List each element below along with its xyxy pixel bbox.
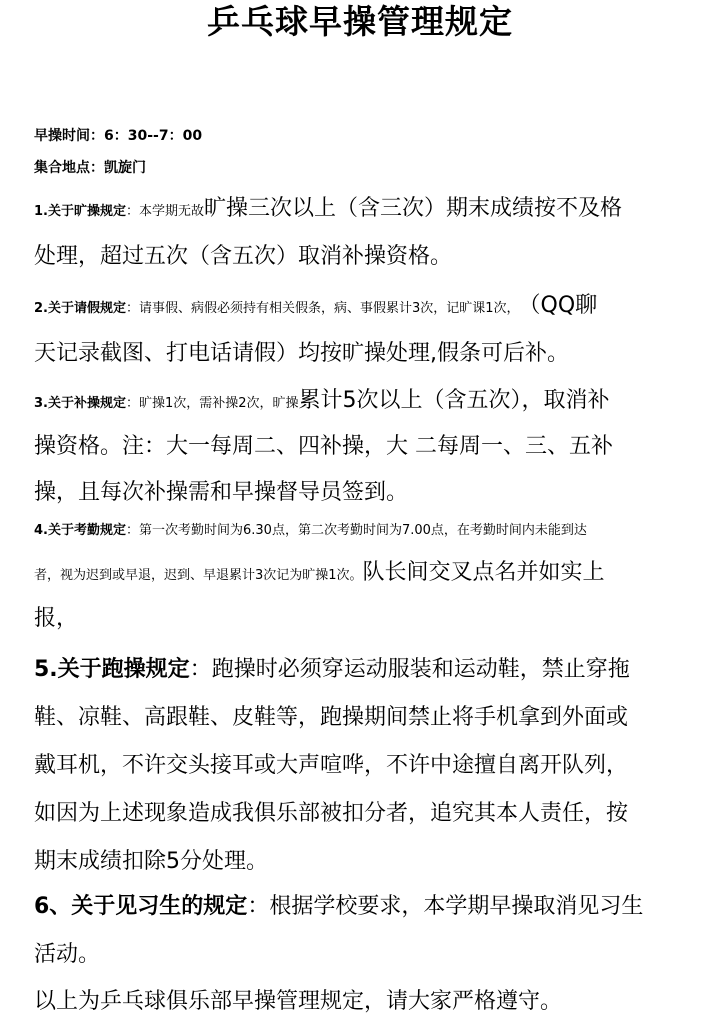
rule-4: 4.关于考勤规定：第一次考勤时间为6.30点，第二次考勤时间为7.00点，在考勤… (34, 518, 694, 634)
place-label: 集合地点： (34, 160, 104, 176)
rule-3: 3.关于补操规定：旷操1次，需补操2次，旷操累计5次以上（含五次），取消补 操资… (34, 386, 694, 508)
rule-6-text: 根据学校要求，本学期早操取消见习生 (269, 894, 643, 919)
rule-4-text: 第一次考勤时间为6.30点，第二次考勤时间为7.00点，在考勤时间内未能到达 (139, 523, 587, 538)
rule-5: 5.关于跑操规定：跑操时必须穿运动服装和运动鞋，禁止穿拖 鞋、凉鞋、高跟鞋、皮鞋… (34, 654, 694, 878)
place-info: 集合地点：凯旋门 (34, 158, 146, 178)
rule-2-text: 天记录截图、打电话请假）均按旷操处理,假条可后补。 (34, 339, 694, 369)
rule-6-heading: 6、关于见习生的规定 (34, 894, 247, 919)
place-value: 凯旋门 (104, 160, 146, 176)
rule-4-text: 报， (34, 604, 694, 634)
rule-5-text: 期末成绩扣除5分处理。 (34, 846, 694, 878)
rule-6-text: 活动。 (34, 939, 694, 971)
document-title: 乒乓球早操管理规定 (0, 2, 720, 42)
rule-3-text: 操资格。注：大一每周二、四补操，大 二每周一、三、五补 (34, 432, 694, 462)
rule-5-text: 戴耳机，不许交头接耳或大声喧哗，不许中途擅自离开队列， (34, 750, 694, 782)
rule-2-text: （QQ聊 (530, 293, 598, 318)
rule-3-heading: 3.关于补操规定 (34, 396, 126, 411)
rule-5-text: 跑操时必须穿运动服装和运动鞋，禁止穿拖 (212, 657, 630, 682)
rule-5-text: 如因为上述现象造成我俱乐部被扣分者，追究其本人责任，按 (34, 798, 694, 830)
rule-5-text: 鞋、凉鞋、高跟鞋、皮鞋等，跑操期间禁止将手机拿到外面或 (34, 702, 694, 734)
rule-2-text: 请事假、病假必须持有相关假条，病、事假累计3次，记旷课1次， (139, 301, 520, 316)
rule-1-heading: 1.关于旷操规定 (34, 204, 126, 219)
rule-3-text: 累计5次以上（含五次），取消补 (299, 388, 610, 413)
rule-2-heading: 2.关于请假规定 (34, 301, 126, 316)
rule-1-text: 旷操三次以上（含三次）期末成绩按不及格 (204, 196, 622, 221)
rule-6: 6、关于见习生的规定：根据学校要求，本学期早操取消见习生 活动。 (34, 891, 694, 971)
rule-3-text: 操，且每次补操需和早操督导员签到。 (34, 478, 694, 508)
rule-5-heading: 5.关于跑操规定 (34, 657, 190, 682)
time-label: 早操时间： (34, 128, 104, 144)
time-value: 6：30--7：00 (104, 128, 202, 144)
time-info: 早操时间：6：30--7：00 (34, 126, 202, 146)
rule-1-text: 处理，超过五次（含五次）取消补操资格。 (34, 242, 694, 272)
rule-1: 1.关于旷操规定：本学期无故旷操三次以上（含三次）期末成绩按不及格 处理，超过五… (34, 194, 694, 272)
rule-4-heading: 4.关于考勤规定 (34, 523, 126, 538)
rule-1-text: 本学期无故 (139, 204, 204, 219)
rule-3-text: 旷操1次，需补操2次，旷操 (139, 396, 299, 411)
rule-2: 2.关于请假规定：请事假、病假必须持有相关假条，病、事假累计3次，记旷课1次，（… (34, 291, 694, 369)
closing-statement: 以上为乒乓球俱乐部早操管理规定，请大家严格遵守。 (34, 986, 694, 1016)
rule-4-text: 者，视为迟到或早退，迟到、早退累计3次记为旷操1次。 (34, 568, 363, 583)
rule-4-text: 队长间交叉点名并如实上 (363, 560, 605, 585)
